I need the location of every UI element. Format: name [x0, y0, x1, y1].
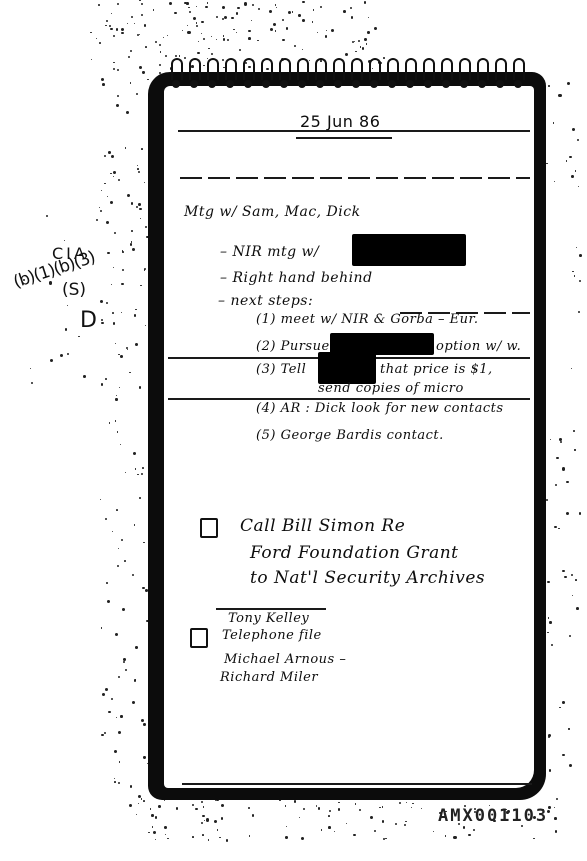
- margin-mark: D: [80, 308, 97, 333]
- rule-line: [168, 398, 530, 400]
- step-number: 5: [262, 428, 271, 443]
- spiral-coil: [422, 54, 434, 94]
- step-3: (3) Tell: [256, 362, 306, 377]
- step-text-before: Tell: [281, 362, 307, 377]
- spiral-coil: [314, 54, 326, 94]
- step-1: (1) meet w/ NIR & Gorba – Eur.: [256, 312, 478, 327]
- name-overline: [216, 608, 326, 610]
- step-text: George Bardis contact.: [281, 428, 444, 443]
- spiral-coil: [386, 54, 398, 94]
- bullet-next-steps: – next steps:: [218, 293, 313, 309]
- step-3-after: that price is $1,: [380, 362, 493, 377]
- step-number: 1: [262, 312, 271, 327]
- bullet-nir-meeting: – NIR mtg w/: [220, 244, 319, 260]
- margin-annotation: CIA (b)(1)(b)(3) (S) D: [20, 244, 140, 334]
- redaction-block: [318, 352, 376, 384]
- task-1-line-3: to Nat'l Security Archives: [250, 568, 485, 588]
- spiral-coil: [350, 54, 362, 94]
- spiral-coil: [440, 54, 452, 94]
- spiral-coil: [224, 54, 236, 94]
- step-2-after: option w/ w.: [436, 339, 521, 354]
- spiral-coil: [458, 54, 470, 94]
- spiral-coil: [368, 54, 380, 94]
- task-1-line-1: Call Bill Simon Re: [240, 516, 405, 536]
- step-text: AR : Dick look for new contacts: [281, 401, 504, 416]
- spiral-coil: [476, 54, 488, 94]
- task-1-checkbox: [200, 518, 218, 538]
- spiral-coil: [260, 54, 272, 94]
- step-number: 2: [262, 339, 271, 354]
- bates-stamp: AMX001103: [438, 806, 548, 826]
- spiral-coil: [188, 54, 200, 94]
- spiral-coil: [494, 54, 506, 94]
- step-4: (4) AR : Dick look for new contacts: [256, 401, 504, 416]
- rule-line: [182, 783, 532, 785]
- step-text: meet w/ NIR & Gorba – Eur.: [281, 312, 479, 327]
- task-2-checkbox: [190, 628, 208, 648]
- step-5: (5) George Bardis contact.: [256, 428, 444, 443]
- spiral-coil: [242, 54, 254, 94]
- spiral-coil: [332, 54, 344, 94]
- margin-exemption-line-2: (S): [62, 280, 86, 300]
- bullet-right-hand: – Right hand behind: [220, 270, 373, 286]
- spiral-coil: [206, 54, 218, 94]
- task-2-line-4: Richard Miler: [220, 670, 318, 685]
- task-2-line-1: Tony Kelley: [228, 611, 309, 626]
- spiral-coil: [278, 54, 290, 94]
- spiral-binding: [164, 54, 536, 98]
- step-number: 3: [262, 362, 271, 377]
- date-header: 25 Jun 86: [300, 112, 380, 131]
- date-underline: [296, 137, 392, 139]
- redaction-block: [352, 234, 466, 266]
- step-number: 4: [262, 401, 271, 416]
- spiral-coil: [512, 54, 524, 94]
- spiral-coil: [170, 54, 182, 94]
- task-2-line-3: Michael Arnous –: [224, 652, 346, 667]
- task-1-line-2: Ford Foundation Grant: [250, 543, 459, 563]
- step-3-continuation: send copies of micro: [318, 381, 464, 396]
- rule-line: [180, 177, 530, 179]
- spiral-coil: [404, 54, 416, 94]
- meeting-heading: Mtg w/ Sam, Mac, Dick: [184, 204, 361, 220]
- task-2-line-2: Telephone file: [222, 628, 322, 643]
- spiral-coil: [296, 54, 308, 94]
